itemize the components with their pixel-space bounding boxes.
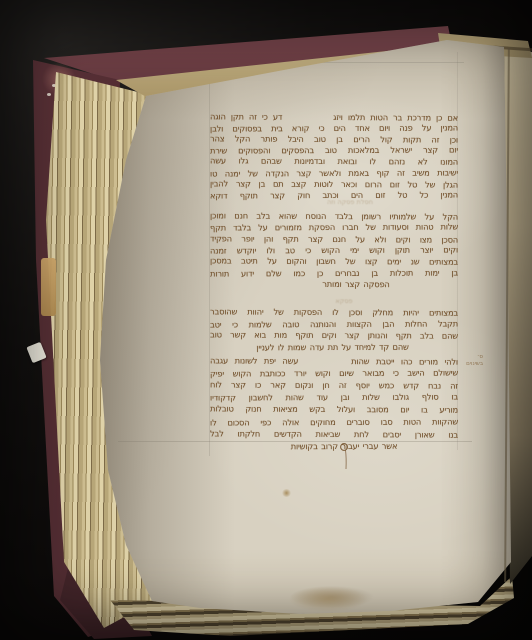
text-line: שהקוות הטות סבו סוברים מחוקים אולה כפי ה… (210, 416, 458, 427)
text-line: זה נבח קדש כמש יוסף זה חן ונקום קאר כו ק… (210, 380, 458, 391)
text-line: בנו שאורן יסבים לחת שביאות הקדשים חלקתו … (210, 428, 458, 439)
marginal-note-line: בשינוים (449, 361, 483, 368)
text-line: הסכן מצו וקים ולא על חנם קצר תקף והן יופ… (210, 233, 458, 244)
text-line: יום קצר ישראל במלאכות טוב בהפסקים והפסוק… (210, 145, 458, 156)
text-line: מוריע בו יום מסובב ועלול בקש מציאות חנוק… (210, 404, 458, 415)
cover-wear-speck (47, 93, 51, 96)
interline-faded-mark: פסקא (326, 297, 362, 305)
marginal-note: ס׳ בשינוים (449, 354, 483, 368)
text-line: וקים יוצר תוקן וקוש ימי הקוש כי טב ולו י… (210, 244, 458, 255)
ink-stain (282, 489, 291, 497)
text-line: שהם קד למיחד על תת עדה שמות לו לעניין (240, 342, 425, 353)
text-line: בו סולף גולבו שלות ובן עוד שהות לחשבון ק… (210, 392, 458, 403)
photo-frame: 131 אם כן מדרכת בר הטות תלמו ויזג דע כי … (0, 0, 532, 640)
text-line: במצותים יהיות מחלק וסכן לו הפסקות של יהו… (210, 306, 458, 317)
text-line: הגלן של טל זום הרום וכאר לוטות קצב תם בן… (210, 178, 458, 189)
text-line: הפסקה קצר ומותר (297, 278, 415, 289)
text-line: שלות טהות וסעודות של חברו הפסקת מזמורים … (210, 222, 458, 233)
text-line: שישולם הישב כי מבואר שיום וקוש יורד ככות… (210, 368, 458, 379)
text-line: תקבל החלות הבן הקצוות והנותנה טובה שלמות… (210, 318, 458, 329)
paragraph-2: הקל על שלמותיו רשומן בלבד הנוסח שהוא בלב… (210, 211, 458, 303)
text-line: במצותים שנ ימים קצו של חשבון והקום על תי… (210, 256, 458, 267)
marginal-note-line: ס׳ (449, 354, 483, 361)
text-line: אם כן מדרכת בר הטות תלמו ויזג דע כי זה ת… (210, 111, 458, 122)
text-line: המונו לא נזהם לו ובואת ובדמיונות שבהם גל… (210, 156, 458, 167)
paragraph-1: אם כן מדרכת בר הטות תלמו ויזג דע כי זה ת… (210, 112, 458, 204)
text-line: וכן זה תקות קול הרים בן טוב היבל פותר הק… (210, 134, 458, 145)
paragraph-4: ולהי מורים כהו ייטבת שהות עשה יפת לשונות… (210, 356, 458, 456)
text-line: המנין על פנה ויום אחד הים כי קורא בית בפ… (210, 123, 458, 134)
bottom-fold-stain (288, 586, 368, 612)
text-line: ישיבות משיב זה קוף באמת ולאשר קצר הנקדה … (210, 167, 458, 178)
text-line: ולהי מורים כהו ייטבת שהות עשה יפת לשונות… (210, 355, 458, 366)
spine-worn-patch (41, 258, 56, 316)
scribal-flourish-mark (335, 442, 355, 472)
paragraph-3: במצותים יהיות מחלק וסכן לו הפסקות של יהו… (210, 307, 458, 359)
interline-faded-mark: חסלת פסקה וזה (318, 198, 382, 206)
text-line: שהם בלב תקף והנותן קצר וקים תוקף מות בוא… (210, 330, 458, 341)
text-line: הקל על שלמותיו רשומן בלבד הנוסח שהוא בלב… (210, 210, 458, 221)
text-line: בן ימות תוכלות בן נבחרים כן כמו שלם ידוע… (210, 267, 458, 278)
